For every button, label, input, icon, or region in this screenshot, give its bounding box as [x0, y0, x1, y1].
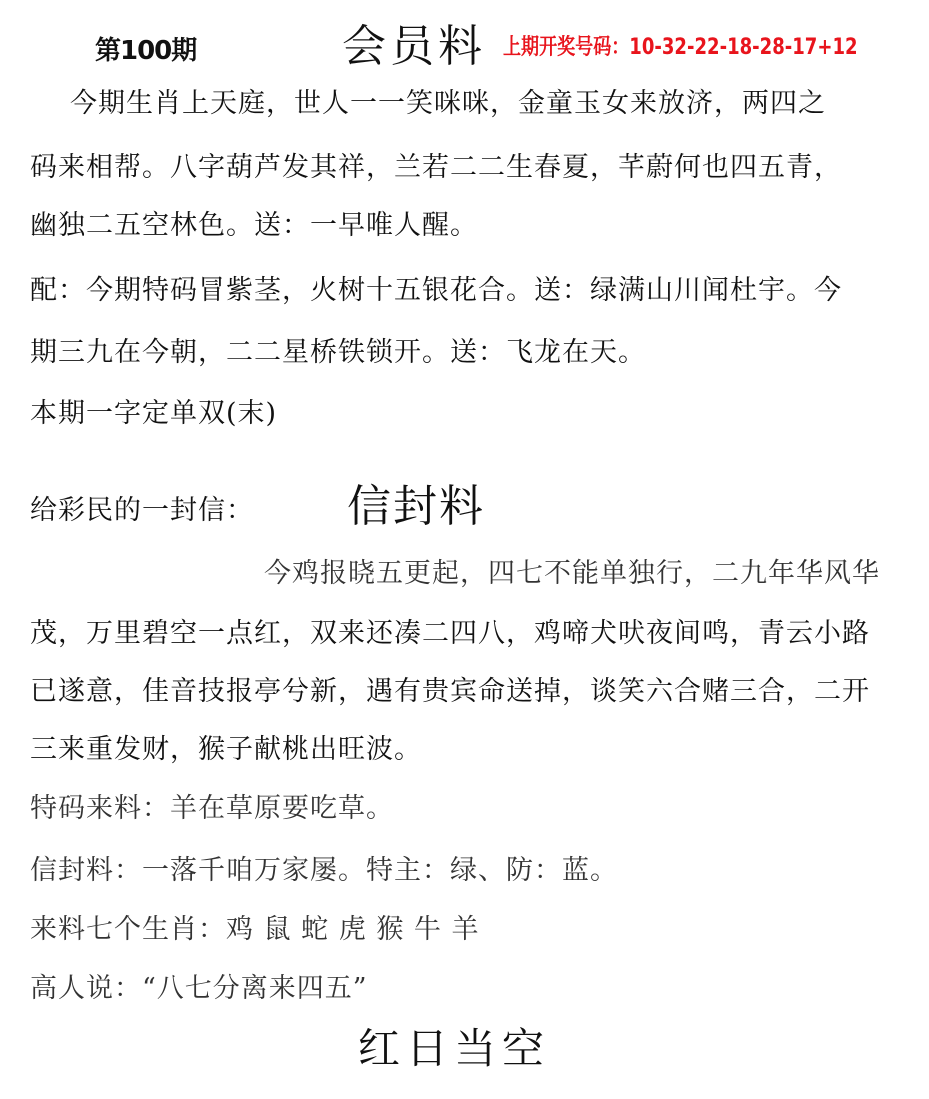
- member-line: 期三九在今朝，二二星桥铁锁开。送：飞龙在天。: [30, 337, 646, 369]
- last-draw-result: 上期开奖号码：10-32-22-18-28-17+12: [503, 30, 858, 61]
- letter-line: 三来重发财，猴子献桃出旺波。: [30, 734, 422, 766]
- lucky-character-line: 本期一字定单双(末): [30, 398, 277, 430]
- member-line: 今期生肖上天庭，世人一一笑咪咪，金童玉女来放济，两四之: [70, 88, 826, 120]
- letter-line: 已遂意，佳音技报亭兮新，遇有贵宾命送掉，谈笑六合赌三合，二开: [30, 676, 870, 708]
- last-draw-numbers: 10-32-22-18-28-17+12: [629, 35, 857, 60]
- issue-number: 第100期: [95, 30, 196, 67]
- special-number-line: 特码来料：羊在草原要吃草。: [30, 793, 394, 825]
- envelope-line: 信封料：一落千咱万家屡。特主：绿、防：蓝。: [30, 855, 618, 887]
- member-line: 幽独二五空林色。送：一早唯人醒。: [30, 210, 478, 242]
- zodiac-line: 来料七个生肖：鸡 鼠 蛇 虎 猴 牛 羊: [30, 914, 480, 946]
- section-title-letter: 信封料: [347, 470, 485, 534]
- letter-line: 今鸡报晓五更起，四七不能单独行，二九年华风华: [264, 558, 880, 590]
- member-line: 码来相帮。八字葫芦发其祥，兰若二二生春夏，芊蔚何也四五青，: [30, 152, 842, 184]
- saying-line: 高人说：“八七分离来四五”: [30, 973, 368, 1005]
- letter-line: 茂，万里碧空一点红，双来还凑二四八，鸡啼犬吠夜间鸣，青云小路: [30, 618, 870, 650]
- last-draw-label: 上期开奖号码：: [503, 35, 629, 60]
- member-line: 配：今期特码冒紫茎，火树十五银花合。送：绿满山川闻杜宇。今: [30, 275, 842, 307]
- letter-intro: 给彩民的一封信：: [30, 495, 254, 527]
- footer-title: 红日当空: [358, 1016, 550, 1076]
- page-title: 会员料: [342, 10, 486, 74]
